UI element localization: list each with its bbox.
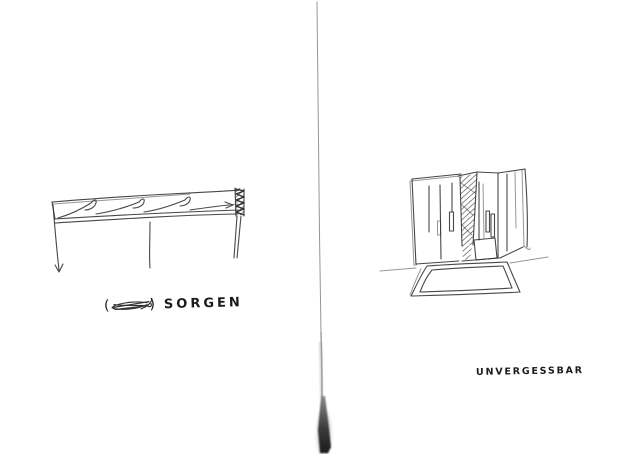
- bottom-box: [474, 238, 497, 260]
- right-post-legs: [234, 216, 241, 258]
- left-leg: [52, 202, 63, 272]
- ground-line-right: [510, 257, 548, 263]
- right-door-panel: [498, 169, 530, 258]
- right-caption-label: UNVERGESSBAR: [476, 365, 584, 378]
- door-handle: [450, 212, 454, 231]
- door-handle: [438, 221, 441, 235]
- left-caption-label: SORGEN: [164, 295, 243, 312]
- fold-line: [317, 2, 331, 454]
- right-sketch: [380, 169, 548, 296]
- door-handle: [486, 211, 490, 232]
- left-caption: ( )SORGEN: [104, 293, 243, 314]
- scribbled-out-word: [111, 296, 149, 313]
- table-top-rail: [52, 190, 241, 202]
- door-handle: [491, 214, 495, 237]
- right-post-hatch: [235, 188, 244, 216]
- right-caption: UNVERGESSBAR: [476, 365, 584, 378]
- left-sketch: [52, 188, 244, 272]
- left-door-panel: [410, 179, 459, 266]
- rug: [410, 262, 520, 296]
- scanned-sketchbook-page: ( )SORGEN UNVERGESSBAR: [0, 0, 640, 454]
- sketch-canvas: [0, 0, 640, 454]
- ground-line-left: [380, 268, 416, 271]
